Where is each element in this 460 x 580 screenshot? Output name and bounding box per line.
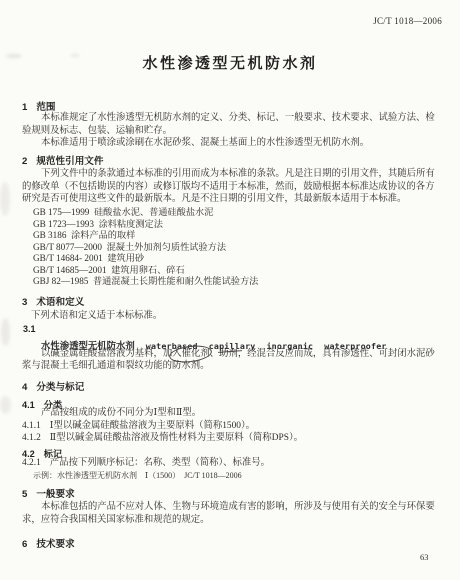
clause-4-1-2-number: 4.1.2 — [22, 433, 41, 444]
section-6-number: 6 — [22, 539, 27, 550]
section-1-heading: 1范围 — [22, 99, 56, 113]
section-5-title: 一般要求 — [36, 489, 74, 500]
section-4-heading: 4分类与标记 — [22, 379, 84, 393]
scope-paragraph-line: 验规则及标志、包装、运输和贮存。 — [22, 126, 172, 137]
clause-4-2-1: 4.2.1产品按下列顺序标记：名称、类型（简称）、标准号。 — [22, 458, 270, 469]
scope-paragraph-line: 本标准适用于喷涂或涂刷在水泥砂浆、混凝土基面上的水性渗透型无机防水剂。 — [41, 138, 369, 149]
section-1-number: 1 — [22, 102, 27, 113]
definition-segment: 助剂，经混合反应而成，具有渗透性、可封闭水泥砂 — [219, 349, 435, 359]
clause-3-1-number: 3.1 — [23, 324, 36, 334]
section-5-heading: 5一般要求 — [22, 486, 75, 500]
normative-refs-intro-line: 研究是否可使用这些文件的最新版本。凡是不注日期的引用文件，其最新版本适用于本标准… — [22, 194, 406, 205]
section-6-title: 技术要求 — [36, 539, 74, 550]
general-requirements-line: 本标准包括的产品不应对人体、生物与环境造成有害的影响，所涉及与使用有关的安全与环… — [41, 502, 435, 513]
scan-smudge — [0, 182, 10, 216]
definition-line: 以碱金属硅酸盐溶液为基料，加入催化剂、助剂，经混合反应而成，具有渗透性、可封闭水… — [41, 349, 435, 360]
circled-annotation-catalyst: 入催化剂、 — [172, 349, 219, 360]
terms-intro: 下列术语和定义适于本标标准。 — [31, 311, 162, 322]
reference-item: GB 175—1999 硅酸盐水泥、普通硅酸盐水泥 — [33, 207, 213, 218]
scan-smudge — [1, 318, 10, 346]
section-3-title: 术语和定义 — [36, 297, 84, 308]
reference-item: GB/T 14684- 2001 建筑用砂 — [33, 253, 144, 264]
general-requirements-line: 求，应符合我国相关国家标准和规范的规定。 — [22, 515, 210, 526]
clause-4-2-1-body: 产品按下列顺序标记：名称、类型（简称）、标准号。 — [50, 458, 270, 468]
marking-example: 示例：水性渗透型无机防水剂 Ⅰ（1500） JC/T 1018—2006 — [33, 470, 242, 481]
reference-item: GB 3186 涂料产品的取样 — [33, 230, 135, 241]
clause-4-2-number: 4.2 — [22, 449, 35, 459]
section-4-title: 分类与标记 — [36, 382, 84, 393]
clause-4-2-1-number: 4.2.1 — [22, 458, 41, 469]
document-page: JC/T 1018—2006 水性渗透型无机防水剂 1范围 本标准规定了水性渗透… — [0, 0, 460, 580]
scan-smudge — [0, 396, 11, 414]
section-3-number: 3 — [22, 297, 27, 308]
section-2-number: 2 — [22, 156, 27, 167]
section-5-number: 5 — [22, 489, 27, 500]
clause-4-2-title: 标记 — [44, 449, 62, 459]
section-2-title: 规范性引用文件 — [36, 156, 103, 167]
clause-4-1-number: 4.1 — [22, 400, 35, 410]
scope-paragraph-line: 本标准规定了水性渗透型无机防水剂的定义、分类、标记、一般要求、技术要求、试验方法… — [41, 113, 435, 124]
clause-4-1-1-number: 4.1.1 — [22, 421, 41, 432]
normative-refs-intro-line: 的修改单（不包括勘误的内容）或修订版均不适用于本标准，然而，鼓励根据本标准达成协… — [22, 182, 435, 193]
page-number: 63 — [420, 552, 429, 562]
reference-item: GB/T 8077—2000 混凝土外加剂匀质性试验方法 — [33, 242, 226, 253]
section-3-heading: 3术语和定义 — [22, 294, 84, 308]
normative-refs-intro-line: 下列文件中的条款通过本标准的引用而成为本标准的条款。凡是注日期的引用文件，其随后… — [41, 169, 435, 180]
clause-4-1-1-body: Ⅰ型以碱金属硅酸盐溶液为主要原料（简称1500）。 — [50, 421, 255, 431]
clause-4-1-1: 4.1.1Ⅰ型以碱金属硅酸盐溶液为主要原料（简称1500）。 — [22, 421, 255, 432]
standard-number: JC/T 1018—2006 — [373, 16, 442, 26]
document-title: 水性渗透型无机防水剂 — [0, 52, 460, 73]
reference-item: GB/T 14685—2001 建筑用卵石、碎石 — [33, 265, 185, 276]
definition-segment: 以碱金属硅酸盐溶液为基料，加 — [41, 349, 172, 359]
section-6-heading: 6技术要求 — [22, 536, 75, 550]
section-2-heading: 2规范性引用文件 — [22, 153, 104, 167]
clause-4-1-body: 产品按组成的成份不同分为Ⅰ型和Ⅱ型。 — [41, 408, 201, 419]
definition-line: 浆与混凝土毛细孔通道和裂纹功能的防水剂。 — [22, 361, 210, 372]
clause-4-1-2-body: Ⅱ型以碱金属硅酸盐溶液及惰性材料为主要原料（简称DPS）。 — [50, 433, 303, 443]
section-1-title: 范围 — [36, 102, 55, 113]
section-4-number: 4 — [22, 382, 27, 393]
reference-item: GBJ 82—1985 普通混凝土长期性能和耐久性能试验方法 — [33, 276, 258, 287]
clause-4-1-2: 4.1.2Ⅱ型以碱金属硅酸盐溶液及惰性材料为主要原料（简称DPS）。 — [22, 433, 303, 444]
reference-item: GB 1723—1993 涂料粘度测定法 — [33, 219, 163, 230]
